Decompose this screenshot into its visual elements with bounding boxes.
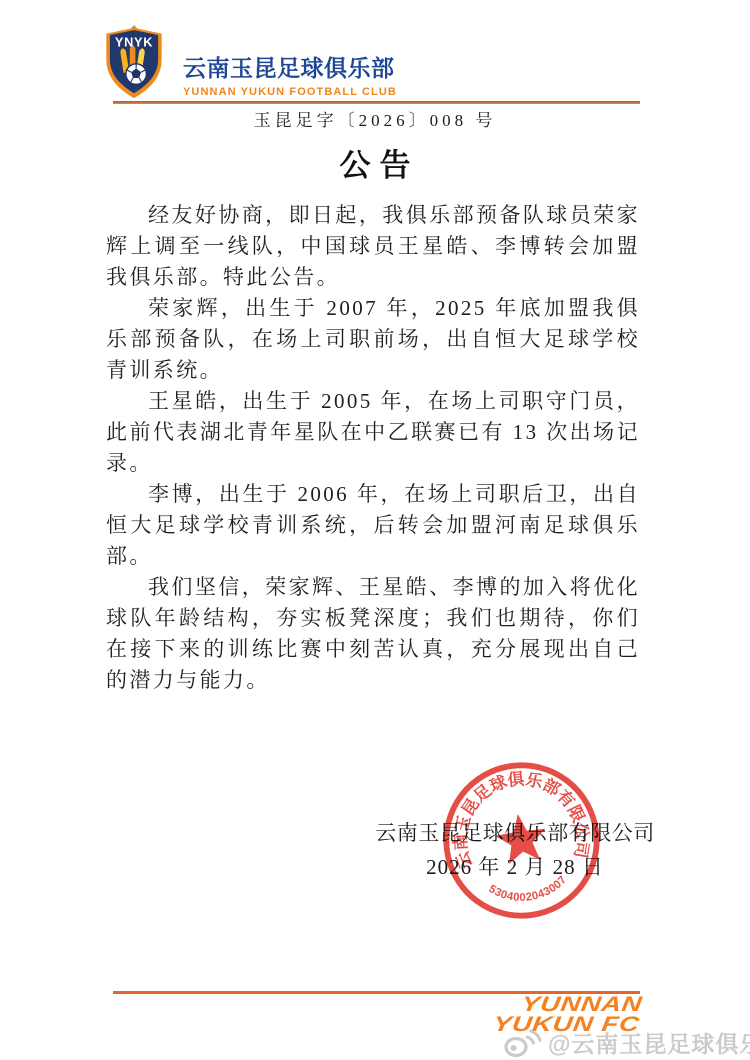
weibo-watermark: @云南玉昆足球俱乐部 bbox=[503, 1026, 750, 1059]
seal-star-icon bbox=[493, 811, 550, 866]
paragraph-announcement: 经友好协商，即日起，我俱乐部预备队球员荣家辉上调至一线队，中国球员王星皓、李博转… bbox=[106, 200, 640, 293]
crest-monogram: YNYK bbox=[115, 34, 153, 49]
club-name-block: 云南玉昆足球俱乐部 YUNNAN YUKUN FOOTBALL CLUB bbox=[183, 50, 397, 98]
announcement-page: YNYK 云南玉昆足球俱乐部 YUNNAN YUKUN FOOTBALL CLU… bbox=[0, 0, 750, 1060]
paragraph-closing: 我们坚信，荣家辉、王星皓、李博的加入将优化球队年龄结构，夯实板凳深度；我们也期待… bbox=[106, 572, 640, 696]
paragraph-player-wang: 王星皓，出生于 2005 年，在场上司职守门员，此前代表湖北青年星队在中乙联赛已… bbox=[106, 386, 640, 479]
document-body: 经友好协商，即日起，我俱乐部预备队球员荣家辉上调至一线队，中国球员王星皓、李博转… bbox=[106, 200, 640, 696]
club-crest-logo: YNYK bbox=[98, 23, 170, 101]
header-divider-line bbox=[113, 101, 640, 104]
paragraph-player-li: 李博，出生于 2006 年，在场上司职后卫，出自恒大足球学校青训系统，后转会加盟… bbox=[106, 479, 640, 572]
paragraph-player-rong: 荣家辉，出生于 2007 年，2025 年底加盟我俱乐部预备队，在场上司职前场，… bbox=[106, 293, 640, 386]
official-seal-stamp: 云南玉昆足球俱乐部有限公司 5304002043007 bbox=[427, 746, 616, 935]
document-title: 公告 bbox=[0, 140, 750, 185]
weibo-eye-icon bbox=[503, 1028, 543, 1058]
club-name-cn: 云南玉昆足球俱乐部 bbox=[183, 50, 397, 83]
document-number: 玉昆足字〔2026〕008 号 bbox=[0, 106, 750, 131]
club-name-en: YUNNAN YUKUN FOOTBALL CLUB bbox=[183, 86, 397, 98]
wordmark-line1: YUNNAN bbox=[494, 995, 643, 1015]
watermark-handle: @云南玉昆足球俱乐部 bbox=[548, 1026, 750, 1059]
soccer-ball-icon bbox=[126, 64, 147, 85]
